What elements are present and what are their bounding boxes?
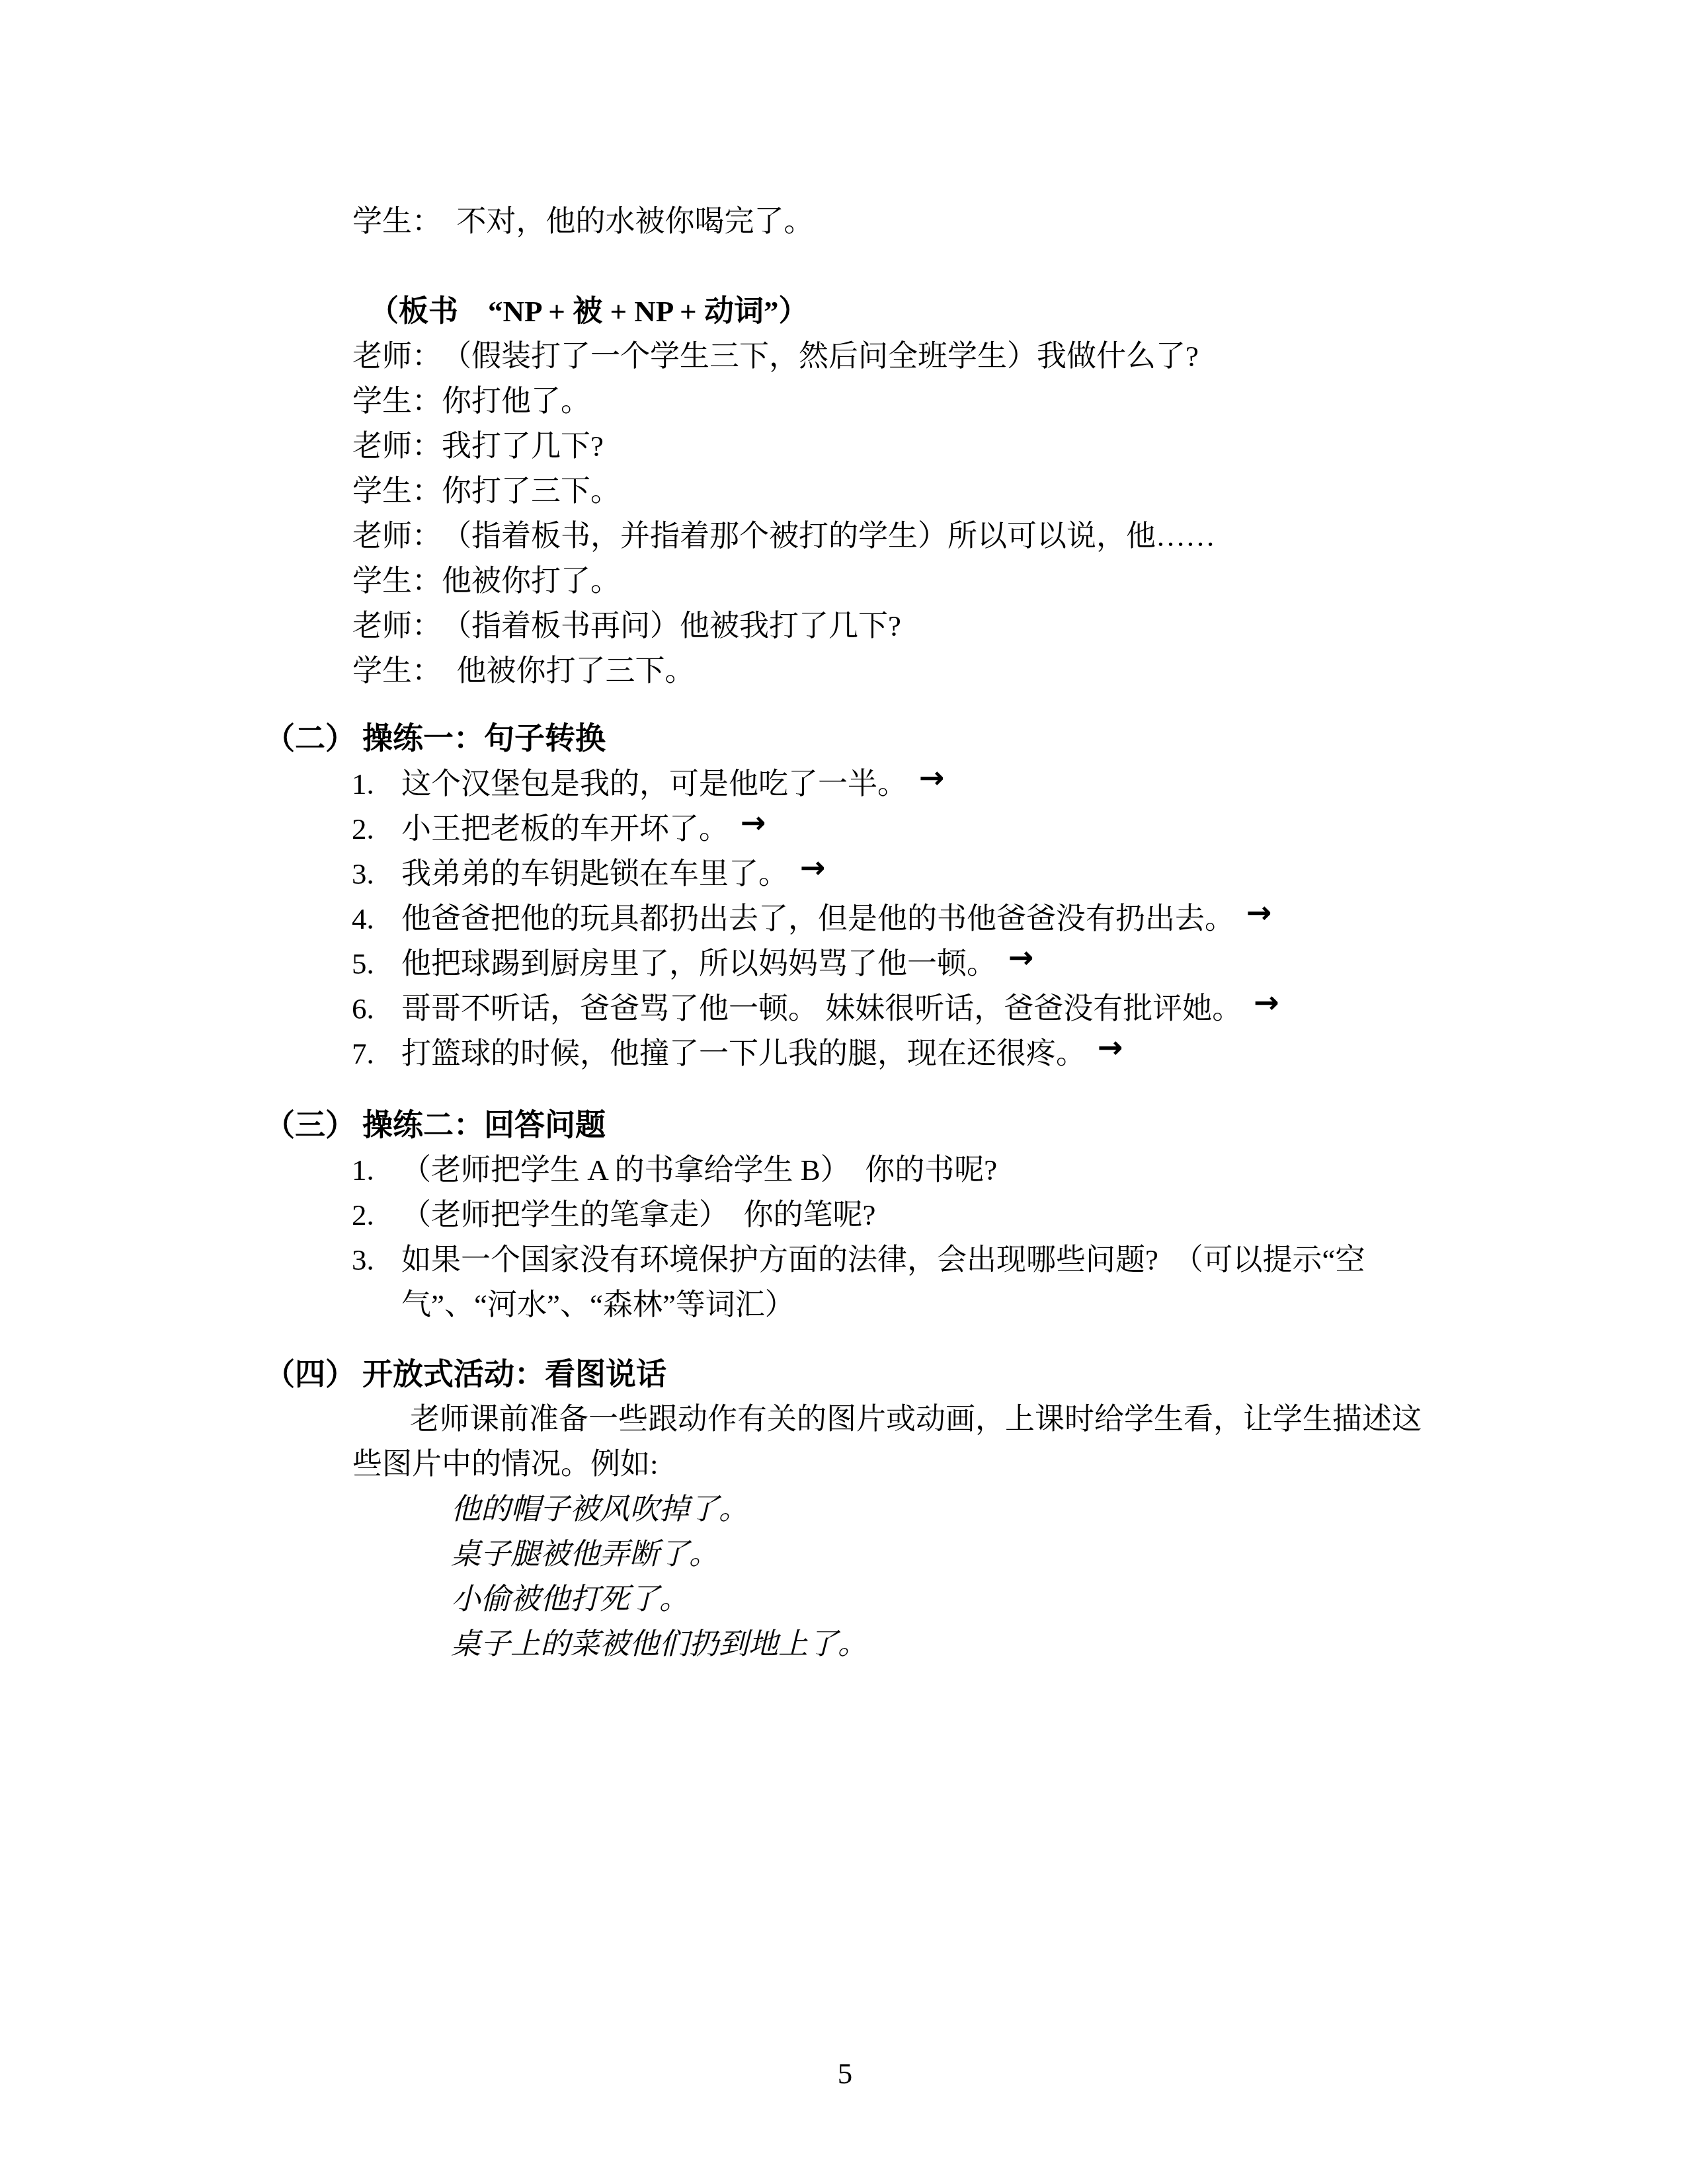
section2-heading-title: 操练一：句子转换 [362, 721, 606, 755]
section4-heading: （四）开放式活动：看图说话 [0, 1352, 1690, 1397]
section2-heading: （二）操练一：句子转换 [0, 716, 1690, 761]
item-text: 我弟弟的车钥匙锁在车里了。 [401, 857, 788, 890]
dialogue-speaker: 学生： [352, 475, 442, 508]
question-item-continuation: 气”、“河水”、“森林”等词汇） [0, 1282, 1690, 1327]
item-number: 7. [352, 1031, 401, 1076]
exercise-item: 7.打篮球的时候，他撞了一下儿我的腿，现在还很疼。→ [0, 1031, 1690, 1075]
arrow-icon: → [741, 804, 766, 840]
dialogue-speaker: 老师： [352, 609, 427, 643]
dialogue-line: 老师： （假装打了一个学生三下，然后问全班学生）我做什么了? [0, 334, 1690, 379]
example-sentence: 小偷被他打死了。 [0, 1577, 1690, 1621]
item-number: 5. [352, 941, 401, 986]
dialogue-line: 学生：你打了三下。 [0, 469, 1690, 514]
arrow-icon: → [800, 849, 826, 885]
page-number: 5 [0, 2051, 1690, 2096]
item-text: 打篮球的时候，他撞了一下儿我的腿，现在还很疼。 [401, 1037, 1086, 1070]
item-text: （老师把学生的笔拿走） 你的笔呢? [401, 1198, 875, 1231]
item-text: 他爸爸把他的玩具都扔出去了，但是他的书他爸爸没有扔出去。 [401, 902, 1234, 935]
item-number: 1. [352, 761, 401, 806]
dialogue-text: （假装打了一个学生三下，然后问全班学生）我做什么了? [427, 340, 1199, 373]
dialogue-speaker: 学生： [352, 654, 427, 687]
dialogue-line: 老师： （指着板书再问）他被我打了几下? [0, 604, 1690, 648]
item-text: 小王把老板的车开坏了。 [401, 812, 729, 845]
item-number: 2. [352, 806, 401, 851]
item-text: 如果一个国家没有环境保护方面的法律，会出现哪些问题? （可以提示“空 [401, 1243, 1365, 1276]
question-item: 1.（老师把学生 A 的书拿给学生 B） 你的书呢? [0, 1148, 1690, 1192]
dialogue-text: 他被你打了三下。 [427, 654, 695, 687]
exercise-item: 3.我弟弟的车钥匙锁在车里了。→ [0, 851, 1690, 896]
dialogue-line: 老师：我打了几下? [0, 424, 1690, 469]
section3-heading-marker: （三） [264, 1108, 356, 1142]
dialogue-text: 我打了几下? [442, 430, 604, 463]
section4-heading-title: 开放式活动：看图说话 [362, 1357, 666, 1391]
document-content: 学生： 不对，他的水被你喝完了。 （板书 “NP + 被 + NP + 动词”）… [0, 199, 1690, 1666]
item-number: 4. [352, 896, 401, 941]
arrow-icon: → [1008, 939, 1034, 975]
question-item: 2.（老师把学生的笔拿走） 你的笔呢? [0, 1192, 1690, 1237]
dialogue-text: （指着板书再问）他被我打了几下? [427, 609, 901, 643]
exercise-item: 4.他爸爸把他的玩具都扔出去了，但是他的书他爸爸没有扔出去。→ [0, 896, 1690, 941]
arrow-icon: → [919, 760, 945, 795]
dialogue-speaker: 老师： [352, 520, 427, 553]
dialogue-text: 他被你打了。 [442, 565, 620, 598]
dialogue-text: （指着板书，并指着那个被打的学生）所以可以说，他…… [427, 520, 1216, 553]
board-note: （板书 “NP + 被 + NP + 动词”） [0, 289, 1690, 334]
dialogue-speaker: 学生： [352, 385, 442, 418]
example-sentence: 他的帽子被风吹掉了。 [0, 1487, 1690, 1532]
dialogue-line: 学生：你打他了。 [0, 379, 1690, 424]
arrow-icon: → [1254, 984, 1279, 1020]
item-number: 1. [352, 1148, 401, 1192]
arrow-icon: → [1246, 894, 1272, 930]
dialogue-speaker: 学生： [352, 205, 427, 238]
exercise-item: 5.他把球踢到厨房里了，所以妈妈骂了他一顿。→ [0, 941, 1690, 986]
example-sentence: 桌子上的菜被他们扔到地上了。 [0, 1621, 1690, 1666]
dialogue-line: 学生：他被你打了。 [0, 559, 1690, 604]
item-text: 这个汉堡包是我的，可是他吃了一半。 [401, 767, 907, 800]
question-item: 3.如果一个国家没有环境保护方面的法律，会出现哪些问题? （可以提示“空 [0, 1237, 1690, 1282]
section2-heading-marker: （二） [264, 721, 356, 755]
section3-heading-title: 操练二：回答问题 [362, 1108, 606, 1142]
dialogue-speaker: 老师： [352, 340, 427, 373]
blank-line [0, 244, 1690, 289]
example-sentence: 桌子腿被他弄断了。 [0, 1532, 1690, 1577]
dialogue-line: 学生： 不对，他的水被你喝完了。 [0, 199, 1690, 244]
dialogue-text: 不对，他的水被你喝完了。 [427, 205, 814, 238]
item-text: （老师把学生 A 的书拿给学生 B） 你的书呢? [401, 1153, 997, 1187]
paragraph-line: 些图片中的情况。例如: [0, 1442, 1690, 1487]
section4-heading-marker: （四） [264, 1357, 356, 1391]
dialogue-speaker: 学生： [352, 565, 442, 598]
item-number: 2. [352, 1192, 401, 1237]
exercise-item: 6.哥哥不听话，爸爸骂了他一顿。 妹妹很听话，爸爸没有批评她。→ [0, 986, 1690, 1031]
dialogue-text: 你打了三下。 [442, 475, 620, 508]
dialogue-line: 学生： 他被你打了三下。 [0, 648, 1690, 693]
item-number: 3. [352, 851, 401, 896]
section3-heading: （三）操练二：回答问题 [0, 1103, 1690, 1148]
dialogue-text: 你打他了。 [442, 385, 590, 418]
paragraph-line: 老师课前准备一些跟动作有关的图片或动画，上课时给学生看，让学生描述这 [0, 1397, 1690, 1442]
item-number: 6. [352, 986, 401, 1031]
item-text: 他把球踢到厨房里了，所以妈妈骂了他一顿。 [401, 947, 996, 980]
dialogue-speaker: 老师： [352, 430, 442, 463]
exercise-item: 2.小王把老板的车开坏了。→ [0, 806, 1690, 851]
item-text: 哥哥不听话，爸爸骂了他一顿。 妹妹很听话，爸爸没有批评她。 [401, 992, 1242, 1025]
item-number: 3. [352, 1237, 401, 1282]
arrow-icon: → [1098, 1029, 1123, 1065]
exercise-item: 1.这个汉堡包是我的，可是他吃了一半。→ [0, 761, 1690, 806]
document-page: 学生： 不对，他的水被你喝完了。 （板书 “NP + 被 + NP + 动词”）… [0, 0, 1690, 2184]
dialogue-line: 老师： （指着板书，并指着那个被打的学生）所以可以说，他…… [0, 514, 1690, 559]
